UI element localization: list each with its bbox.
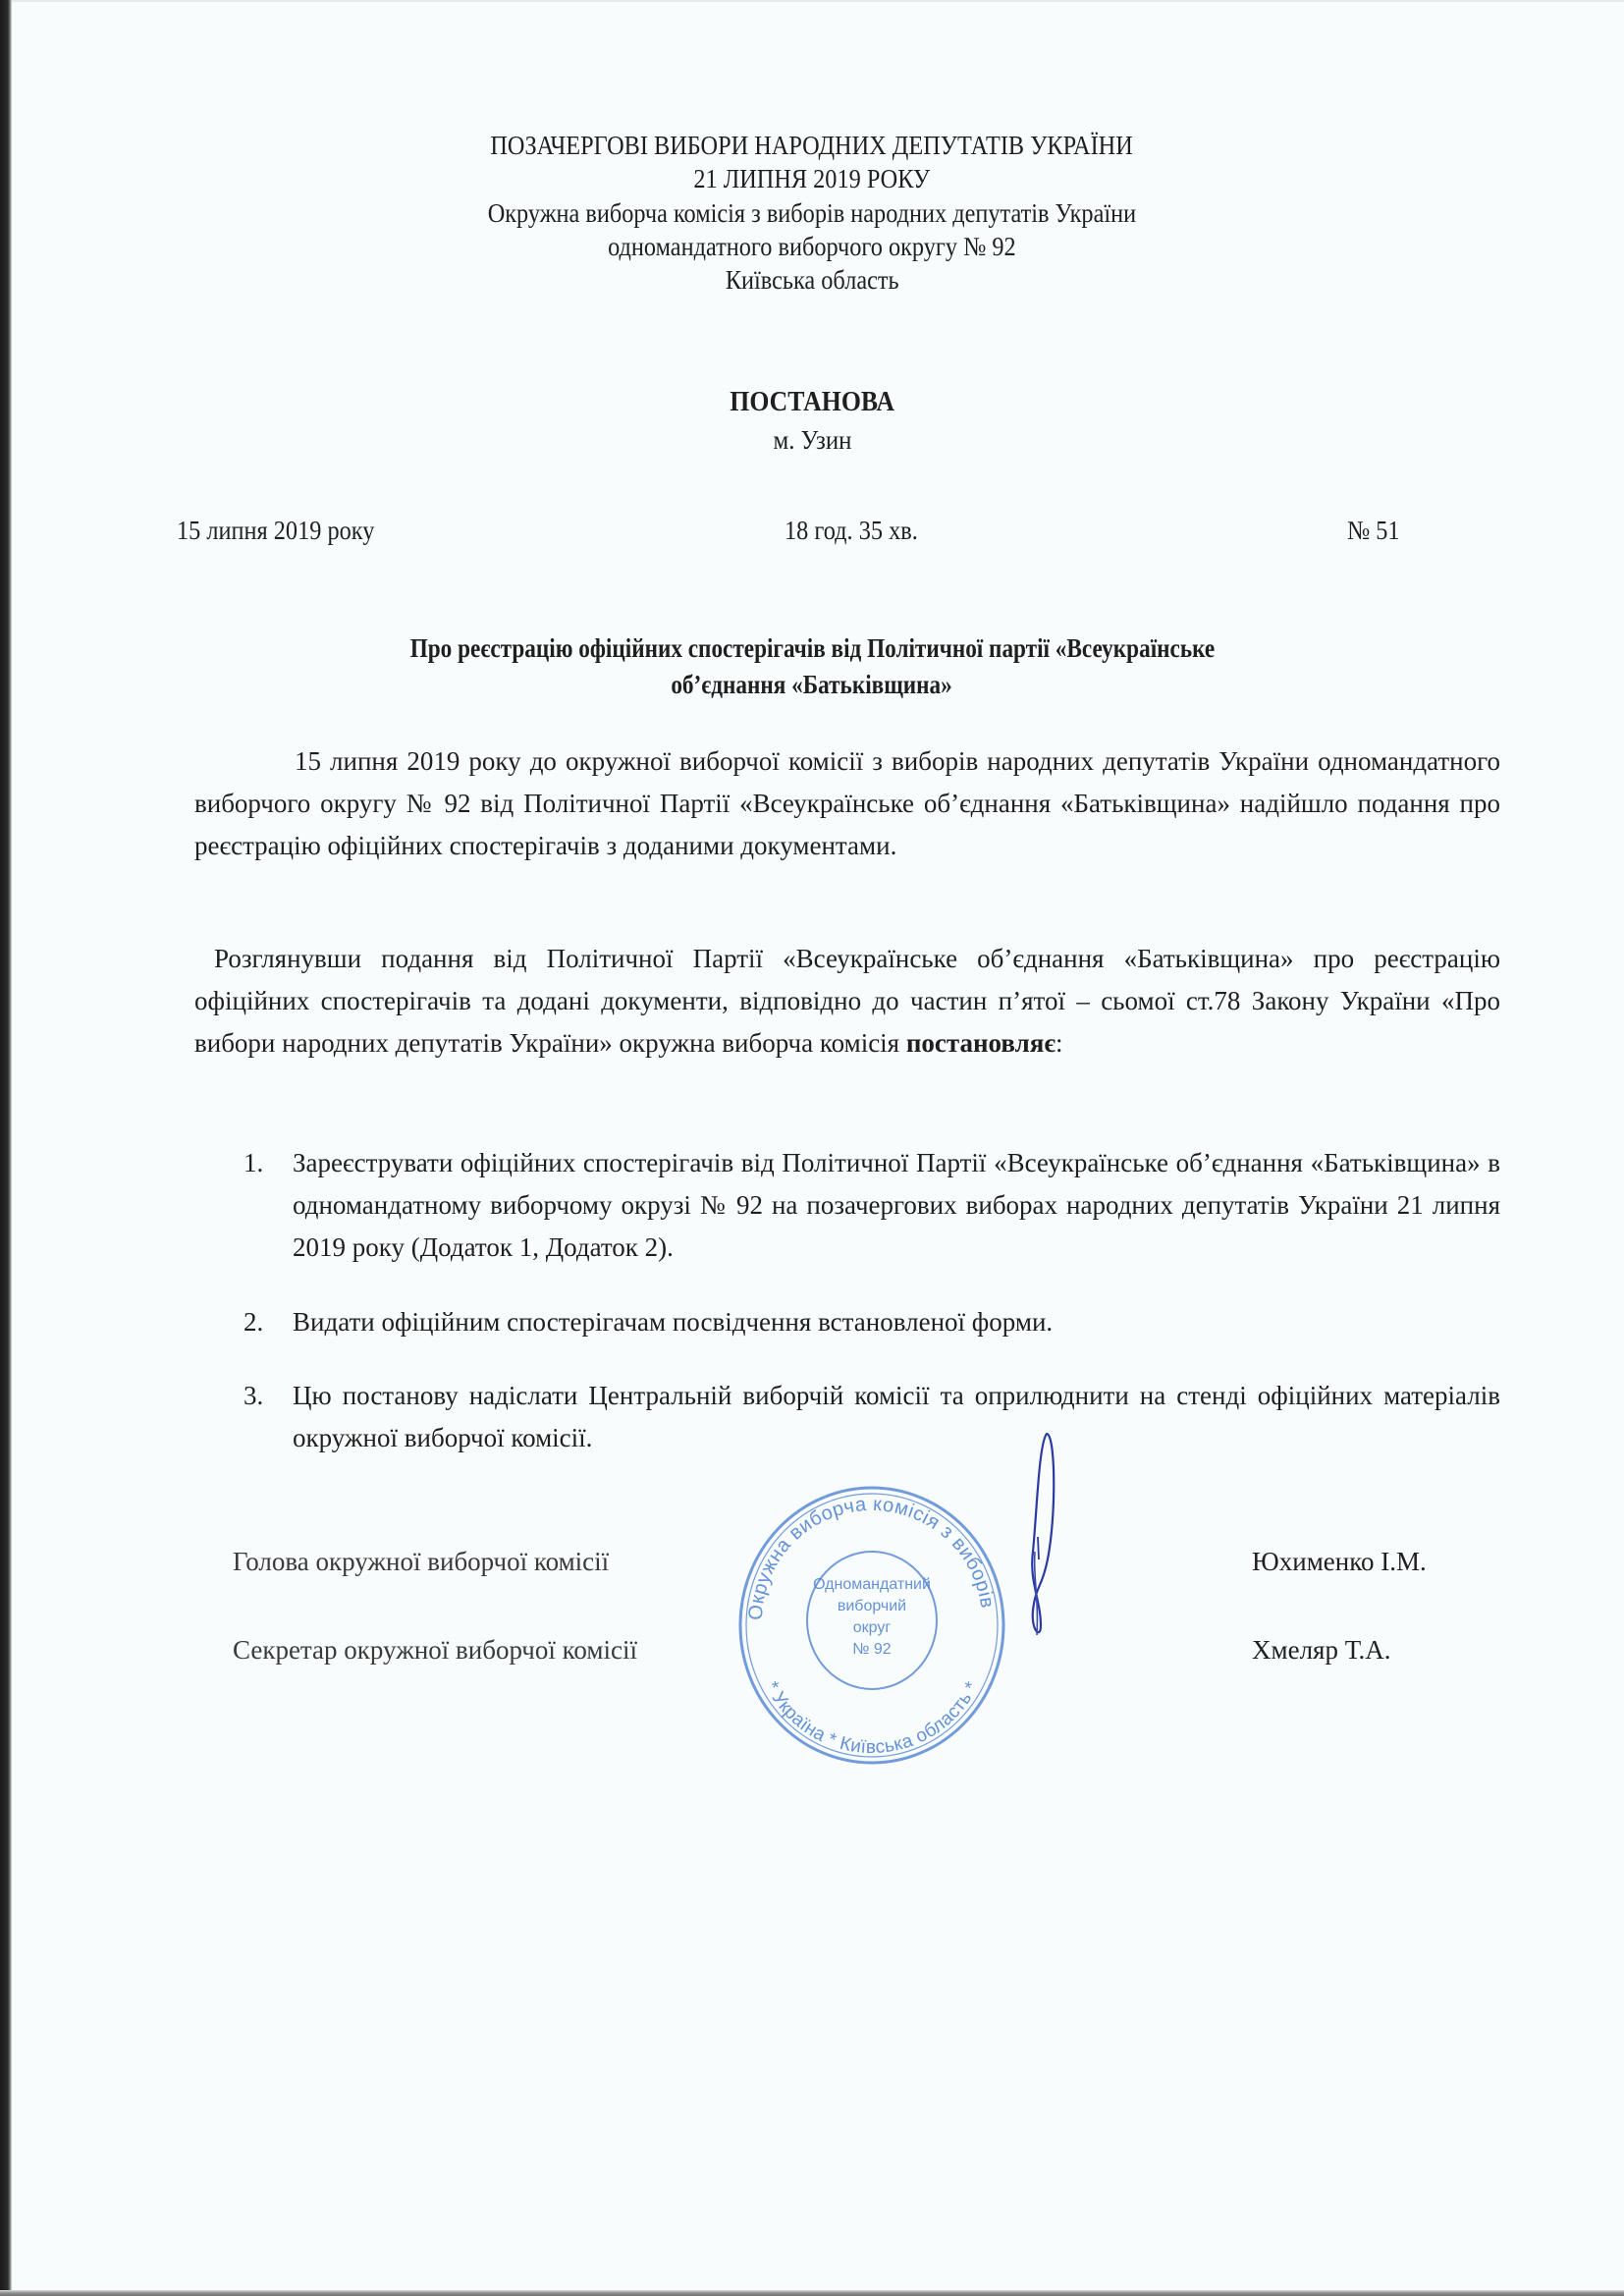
document-title-line-1: Про реєстрацію офіційних спостерігачів в… — [0, 631, 1624, 665]
secretary-name: Хмеляр Т.А. — [1252, 1633, 1391, 1667]
document-time: 18 год. 35 хв. — [785, 514, 918, 547]
svg-text:виборчий: виборчий — [838, 1598, 906, 1614]
resolution-keyword: постановляє — [906, 1028, 1056, 1058]
svg-text:Одномандатний: Одномандатний — [813, 1576, 931, 1593]
chair-name: Юхименко І.М. — [1252, 1545, 1427, 1578]
paragraph-consideration: Розглянувши подання від Політичної Парті… — [194, 938, 1500, 1065]
official-stamp-icon: Окружна виборча комісія з виборів народн… — [725, 1463, 1019, 1777]
header-district: одномандатного виборчого округу № 92 — [0, 230, 1624, 263]
svg-text:округ: округ — [853, 1619, 892, 1636]
paragraph-submission: 15 липня 2019 року до окружної виборчої … — [194, 740, 1500, 867]
document-place: м. Узин — [0, 423, 1624, 457]
header-election-date: 21 ЛИПНЯ 2019 РОКУ — [0, 162, 1624, 195]
svg-text:№ 92: № 92 — [852, 1641, 892, 1658]
header-commission-name: Окружна виборча комісія з виборів народн… — [0, 196, 1624, 230]
document-date: 15 липня 2019 року — [177, 514, 374, 547]
scan-edge-bottom — [0, 2290, 1624, 2296]
scan-edge-left — [0, 0, 12, 2296]
secretary-role: Секретар окружної виборчої комісії — [233, 1633, 637, 1667]
header-election-title: ПОЗАЧЕРГОВІ ВИБОРИ НАРОДНИХ ДЕПУТАТІВ УК… — [0, 129, 1624, 162]
document-title-line-2: об’єднання «Батьківщина» — [0, 668, 1624, 701]
chair-role: Голова окружної виборчої комісії — [233, 1545, 609, 1578]
handwritten-signature-icon — [1011, 1414, 1070, 1650]
header-region: Київська область — [0, 263, 1624, 297]
document-number: № 51 — [1347, 514, 1400, 547]
scan-edge-top — [12, 0, 1624, 2]
document-type: ПОСТАНОВА — [0, 386, 1624, 419]
